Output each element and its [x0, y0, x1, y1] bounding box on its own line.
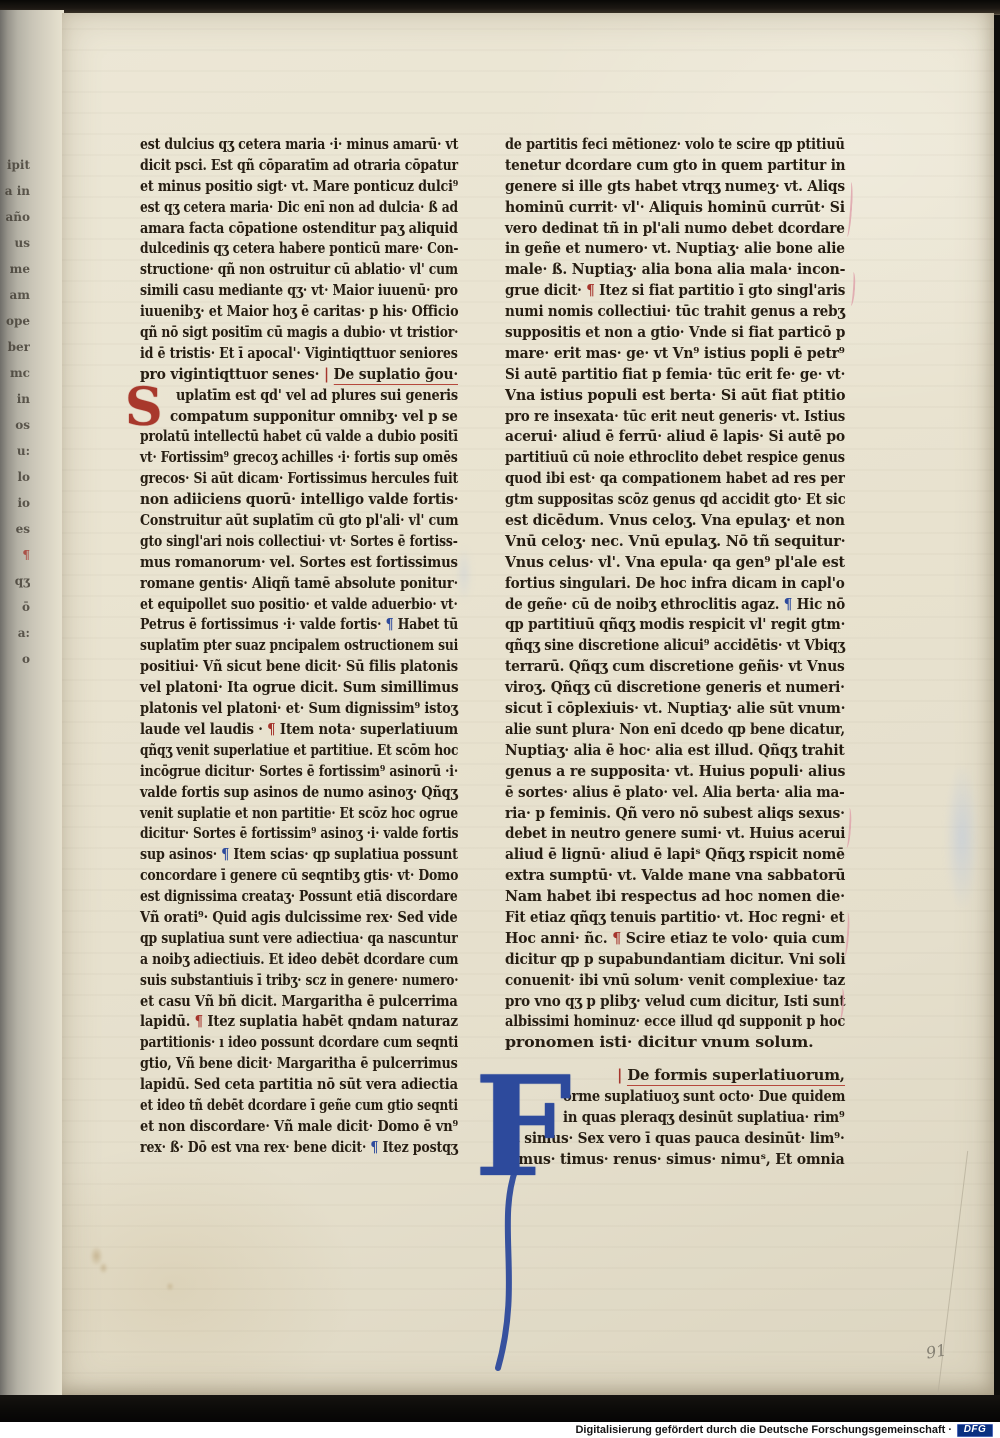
text-line: Fit etiaz qñqʒ tenuis partitio· vt. Hoc … [505, 907, 845, 928]
text-line: acerui· aliud ē ferrū· aliud ē lapis· Si… [505, 426, 845, 447]
text-line: Hoc anni· ñc. ¶ Scire etiaz te volo· qui… [505, 928, 845, 949]
text-line: qñ nō sigt positīm cū magis a dubio· vt … [140, 322, 458, 343]
text-line: compatum supponitur omnibʒ· vel p se [140, 406, 458, 427]
text-line: Petrus ē fortissimus ·i· valde fortis· ¶… [140, 614, 458, 635]
gutter-fragment: a: [0, 620, 30, 646]
text-line: vero dedinat tñ in pl'ali numo debet dco… [505, 218, 845, 239]
text-line: qp suplatiua sunt vere adiectiua· qa nas… [140, 928, 458, 949]
scan-bottom-bar [0, 1395, 1000, 1422]
text-line: et non discordare· Vñ male dicit· Domo ē… [140, 1116, 458, 1137]
gutter-fragment: lo [0, 464, 30, 490]
margin-smudge-blue-right [945, 762, 979, 912]
text-line: terrarū. Qñqʒ cum discretione geñis· vt … [505, 656, 845, 677]
gutter-fragment: es [0, 516, 30, 542]
text-line: Vnū celoʒ· nec. Vnū epulaʒ. Nō tñ sequit… [505, 531, 845, 552]
gutter-fragment: o [0, 646, 30, 672]
text-line: lapidū. ¶ Itez suplatia habēt qndam natu… [140, 1011, 458, 1032]
text-line: incōgrue dicitur· Sortes ē fortissim⁹ as… [140, 761, 458, 782]
text-line: rex· ß· Dō est vna rex· bene dicit· ¶ It… [140, 1137, 458, 1158]
margin-smudge-blue-mid [456, 545, 472, 603]
text-line: est dicēdum. Vnus celoʒ. Vna epulaʒ· et … [505, 510, 845, 531]
text-line: de geñe· cū de noibʒ ethroclitis agaz. ¶… [505, 594, 845, 615]
text-line: vt· Fortissim⁹ grecoʒ achilles ·i· forti… [140, 447, 458, 468]
text-line: sicut ī cōplexiuis· vt. Nuptiaʒ· alie sū… [505, 698, 845, 719]
text-line: suppositis et non a gtio· Vnde si fiat p… [505, 322, 845, 343]
gutter-fragment: a in [0, 178, 30, 204]
text-line: suis substantiuis ī tribʒ· scz in genere… [140, 970, 458, 991]
gutter-fragment: us [0, 230, 30, 256]
text-line: conuenit· ibi vnū solum· venit complexiu… [505, 970, 845, 991]
text-line: laude vel laudis · ¶ Item nota· superlat… [140, 719, 458, 740]
text-line: gto singl'ari nois collectiui· vt· Sorte… [140, 531, 458, 552]
text-line: dicitur qp p supabundantiam dicitur. Vni… [505, 949, 845, 970]
text-line: et minus positio sigt· vt. Mare ponticuz… [140, 176, 458, 197]
pencil-folio-mark: 91 [925, 1340, 948, 1362]
text-line: et equipollet suo positio· et valde adue… [140, 594, 458, 615]
text-line: quod ibi est· qa compationem habet ad re… [505, 468, 845, 489]
text-line: est dignissima creataʒ· Possunt etiā dis… [140, 886, 458, 907]
text-line: viroʒ. Qñqʒ cū discretione generis et nu… [505, 677, 845, 698]
text-line: et casu Vñ bñ dicit. Margaritha ē pulcer… [140, 991, 458, 1012]
text-line: Si autē partitio fiat p femia· tūc erit … [505, 364, 845, 385]
text-line: valde fortis sup asinos de numo asinoʒ· … [140, 782, 458, 803]
gutter-fragment: me [0, 256, 30, 282]
text-line: ē sortes· alius ē plato· vel. Alia berta… [505, 782, 845, 803]
text-line: prolatū intellectū habet cū valde a dubi… [140, 426, 458, 447]
text-line: gtio, Vñ bene dicit· Margaritha ē pulcer… [140, 1053, 458, 1074]
text-line: vel platoni· Ita ogrue dicit. Sum simill… [140, 677, 458, 698]
text-line: amara facta cōpatione ostenditur paʒ ali… [140, 218, 458, 239]
gutter-fragment: qʒ [0, 568, 30, 594]
gutter-fragment: ope [0, 308, 30, 334]
text-line: platonis vel platoni· et· Sum dignissim⁹… [140, 698, 458, 719]
gutter-fragment: os [0, 412, 30, 438]
text-column-right: de partitis feci mētionez· volo te scire… [505, 134, 845, 1170]
text-line: sup asinos· ¶ Item scias· qp suplatiua p… [140, 844, 458, 865]
drop-cap-f-flourish [486, 1168, 530, 1378]
text-line: pro vigintiqttuor senes· | De suplatio ḡ… [140, 364, 458, 385]
text-line: partitionis· ı ideo possunt dcordare cum… [140, 1032, 458, 1053]
text-line: de partitis feci mētionez· volo te scire… [505, 134, 845, 155]
text-line: Nuptiaʒ· alia ē hoc· alia est illud. Qñq… [505, 740, 845, 761]
text-line: genere si ille gts habet vtrqʒ numeʒ· vt… [505, 176, 845, 197]
gutter-fragment: in [0, 386, 30, 412]
text-line: simili casu mediante qʒ· vt· Maior iuuen… [140, 280, 458, 301]
text-line: gtm suppositas scōz genus qd accidit gto… [505, 489, 845, 510]
gutter-fragment: ¶ [0, 542, 30, 568]
text-line: iuuenibʒ· et Maior hoʒ ē caritas· p his·… [140, 301, 458, 322]
text-line: fortius singulari. De hoc infra dicam in… [505, 573, 845, 594]
text-line: grue dicit· ¶ Itez si fiat partitio ī gt… [505, 280, 845, 301]
text-line: male· ß. Nuptiaʒ· alia bona alia mala· i… [505, 259, 845, 280]
footer-credit-text: Digitalisierung gefördert durch die Deut… [575, 1424, 952, 1436]
digitization-footer: Digitalisierung gefördert durch die Deut… [0, 1422, 1000, 1438]
drop-cap-s: S [125, 382, 163, 434]
text-line: tenetur dcordare cum gto in quem partitu… [505, 155, 845, 176]
text-line: venit suplatie et non partitie· Et scōz … [140, 803, 458, 824]
text-line: romane gentis· Aliqñ tamē absolute ponit… [140, 573, 458, 594]
book-gutter: ipita inañousmeamopebermcinosu:loioes¶qʒ… [0, 10, 64, 1400]
text-line: numi nomis collectiui· tūc trahit genus … [505, 301, 845, 322]
text-line: partitiuū cū noie ethroclito debet respi… [505, 447, 845, 468]
text-line: Construitur aūt suplatīm cū gto pl'ali· … [140, 510, 458, 531]
gutter-fragment: io [0, 490, 30, 516]
ink-stain-2 [99, 1262, 108, 1274]
text-line: suplatīm pter suaz pncipalem ostructione… [140, 635, 458, 656]
text-line: concordare ī genere cū seqntibʒ gtis· vt… [140, 865, 458, 886]
text-line: qñqʒ sine discretione alicui⁹ accidētis·… [505, 635, 845, 656]
text-line: lapidū. Sed ceta partitia nō sūt vera ad… [140, 1074, 458, 1095]
text-line: qñqʒ venit superlatiue et partitiue. Et … [140, 740, 458, 761]
text-line: dicitur· Sortes ē fortissim⁹ asinoʒ ·i· … [140, 823, 458, 844]
text-line: est qʒ cetera maria· Dic enī non ad dulc… [140, 197, 458, 218]
text-line: ria· p feminis. Qñ vero nō subest aliqs … [505, 803, 845, 824]
gutter-fragment: mc [0, 360, 30, 386]
text-line: uplatīm est qd' vel ad plures sui generi… [140, 385, 458, 406]
text-line: positiui· Vñ sicut bene dicit· Sū filis … [140, 656, 458, 677]
ink-stain-3 [166, 1282, 174, 1291]
text-line: debet in neutro genere sumi· vt. Huius a… [505, 823, 845, 844]
text-line: hominū currit· vl'· Aliquis hominū currū… [505, 197, 845, 218]
text-line: pro re insexata· tūc erit neut generis· … [505, 406, 845, 427]
text-column-left: est dulcius qʒ cetera maria ·i· minus am… [140, 134, 458, 1158]
text-line: structione· qñ non ostruitur cū ablatio·… [140, 259, 458, 280]
gutter-fragment: ber [0, 334, 30, 360]
text-line: alie sunt plura· Non enī dcedo qp bene d… [505, 719, 845, 740]
text-line: Vna istius populi est berta· Si aūt fiat… [505, 385, 845, 406]
text-line: Vñ orati⁹· Quid agis dulcissime rex· Sed… [140, 907, 458, 928]
text-line: mus romanorum· vel. Sortes est fortissim… [140, 552, 458, 573]
text-line: albissimi hominuz· ecce illud qd supponi… [505, 1011, 845, 1032]
text-line: Vnus celus· vl'. Vna epula· qa gen⁹ pl'a… [505, 552, 845, 573]
text-line: in geñe et numero· vt. Nuptiaʒ· alie bon… [505, 238, 845, 259]
text-line: id ē tristis· Et ī apocal'· Vigintiqttuo… [140, 343, 458, 364]
gutter-fragment: u: [0, 438, 30, 464]
gutter-fragment: am [0, 282, 30, 308]
gutter-fragment: ipit [0, 152, 30, 178]
text-line: extra sumptū· vt. Valde mane vna sabbato… [505, 865, 845, 886]
text-line: genus a re supposita· vt. Huius populi· … [505, 761, 845, 782]
gutter-fragment: año [0, 204, 30, 230]
text-line: grecos· Si aūt dicam· Fortissimus hercul… [140, 468, 458, 489]
gutter-bleedthrough-text: ipita inañousmeamopebermcinosu:loioes¶qʒ… [0, 152, 30, 672]
text-line: pro vno qʒ p plibʒ· velud cum dicitur, I… [505, 991, 845, 1012]
text-line: dicit psci. Est qñ cōparatīm ad otraria … [140, 155, 458, 176]
text-line: et ideo tñ debēt dcordare ī geñe cum gti… [140, 1095, 458, 1116]
text-line: qp partitiuū qñqʒ modis respicit vl' reg… [505, 614, 845, 635]
text-line: est dulcius qʒ cetera maria ·i· minus am… [140, 134, 458, 155]
text-line: dulcedinis qʒ cetera habere ponticū mare… [140, 238, 458, 259]
dfg-logo: DFG [957, 1424, 993, 1437]
text-line: a noibʒ adiectiuis. Et ideo debēt dcorda… [140, 949, 458, 970]
text-line: non adiiciens quorū· intelligo valde for… [140, 489, 458, 510]
text-line: Nam habet ibi respectus ad hoc nomen die… [505, 886, 845, 907]
text-line: mare· erit mas· ge· vt Vn⁹ istius popli … [505, 343, 845, 364]
text-line: aliud ē lignū· aliud ē lapiˢ Qñqʒ rspici… [505, 844, 845, 865]
gutter-fragment: ō [0, 594, 30, 620]
